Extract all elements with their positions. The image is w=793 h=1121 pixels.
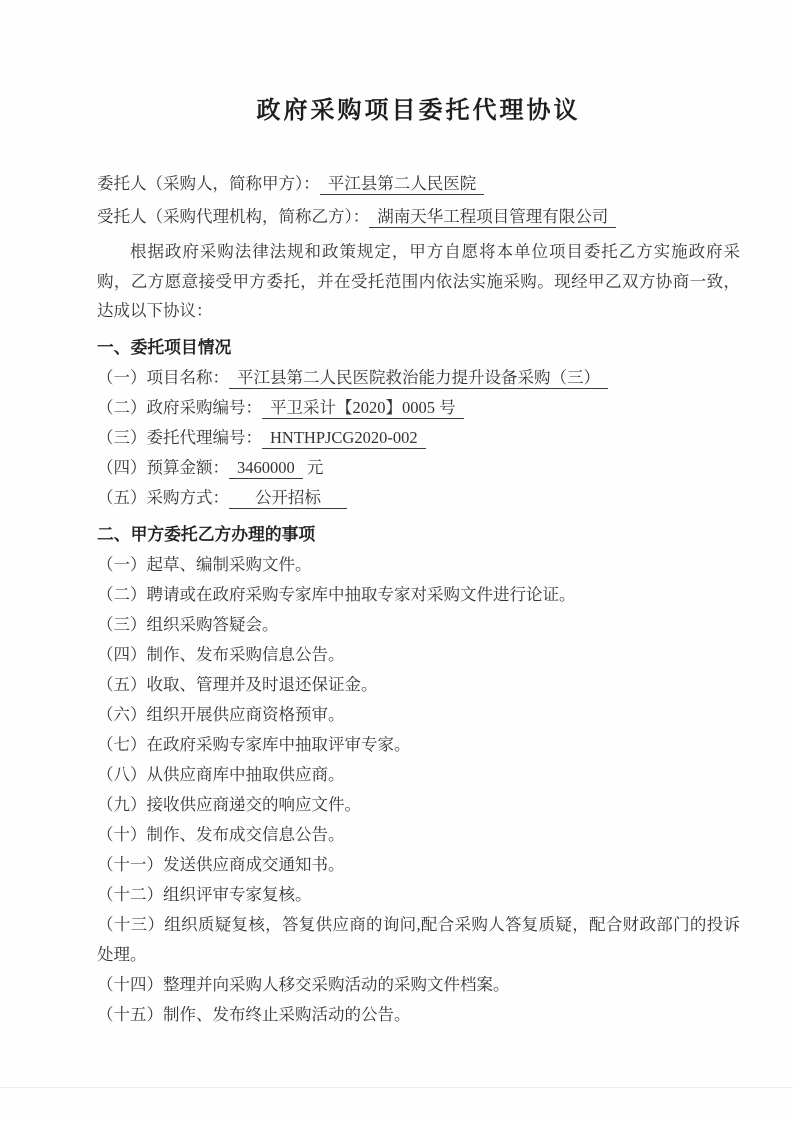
scan-edge-artifact <box>0 1087 793 1088</box>
project-info-item: （五）采购方式：公开招标 <box>97 483 740 513</box>
item-value-underlined: HNTHPJCG2020-002 <box>262 428 426 449</box>
document-title: 政府采购项目委托代理协议 <box>97 95 740 127</box>
item-value-underlined: 平卫采计【2020】0005 号 <box>262 398 464 419</box>
entrusted-matter-item: （三）组织采购答疑会。 <box>97 610 740 640</box>
entrusted-matter-item: （十二）组织评审专家复核。 <box>97 880 740 910</box>
item-label: （一）项目名称： <box>97 368 229 387</box>
entrusted-matter-item: （五）收取、管理并及时退还保证金。 <box>97 670 740 700</box>
entrusted-matter-item: （十五）制作、发布终止采购活动的公告。 <box>97 1000 740 1030</box>
entrusted-matter-item: （一）起草、编制采购文件。 <box>97 550 740 580</box>
entrusted-matter-item: （八）从供应商库中抽取供应商。 <box>97 760 740 790</box>
entrusted-matter-item: （九）接收供应商递交的响应文件。 <box>97 790 740 820</box>
entrusted-matter-item: （四）制作、发布采购信息公告。 <box>97 640 740 670</box>
entrusted-matter-item: （七）在政府采购专家库中抽取评审专家。 <box>97 730 740 760</box>
entrusted-matters-list: （一）起草、编制采购文件。 （二）聘请或在政府采购专家库中抽取专家对采购文件进行… <box>97 550 740 1030</box>
project-info-item: （一）项目名称：平江县第二人民医院救治能力提升设备采购（三） <box>97 363 740 393</box>
project-info-item: （三）委托代理编号：HNTHPJCG2020-002 <box>97 423 740 453</box>
item-value-underlined: 平江县第二人民医院救治能力提升设备采购（三） <box>229 368 608 389</box>
project-info-item: （四）预算金额：3460000 元 <box>97 453 740 483</box>
party-value-underlined: 湖南天华工程项目管理有限公司 <box>369 207 616 228</box>
scanned-document-page: { "document": { "title": "政府采购项目委托代理协议",… <box>0 0 793 1121</box>
party-line-agent: 受托人（采购代理机构，简称乙方）：湖南天华工程项目管理有限公司 <box>97 200 740 233</box>
party-label: 委托人（采购人，简称甲方）： <box>97 174 320 193</box>
entrusted-matter-item: （十）制作、发布成交信息公告。 <box>97 820 740 850</box>
party-label: 受托人（采购代理机构，简称乙方）： <box>97 207 369 226</box>
section2-heading: 二、甲方委托乙方办理的事项 <box>97 520 740 550</box>
entrusted-matter-item: （二）聘请或在政府采购专家库中抽取专家对采购文件进行论证。 <box>97 580 740 610</box>
item-label: （四）预算金额： <box>97 458 229 477</box>
item-suffix: 元 <box>307 458 324 477</box>
document-content: 政府采购项目委托代理协议 委托人（采购人，简称甲方）：平江县第二人民医院 受托人… <box>97 95 740 1030</box>
entrusted-matter-item: （十一）发送供应商成交通知书。 <box>97 850 740 880</box>
project-info-list: （一）项目名称：平江县第二人民医院救治能力提升设备采购（三） （二）政府采购编号… <box>97 363 740 513</box>
party-value-underlined: 平江县第二人民医院 <box>320 174 485 195</box>
entrusted-matter-item: （十三）组织质疑复核，答复供应商的询问,配合采购人答复质疑，配合财政部门的投诉处… <box>97 910 740 970</box>
project-info-item: （二）政府采购编号：平卫采计【2020】0005 号 <box>97 393 740 423</box>
item-label: （二）政府采购编号： <box>97 398 262 417</box>
entrusted-matter-item: （十四）整理并向采购人移交采购活动的采购文件档案。 <box>97 970 740 1000</box>
entrusted-matter-item: （六）组织开展供应商资格预审。 <box>97 700 740 730</box>
party-line-principal: 委托人（采购人，简称甲方）：平江县第二人民医院 <box>97 167 740 200</box>
item-label: （三）委托代理编号： <box>97 428 262 447</box>
item-value-underlined: 公开招标 <box>229 488 347 509</box>
preamble-paragraph: 根据政府采购法律法规和政策规定，甲方自愿将本单位项目委托乙方实施政府采购，乙方愿… <box>97 237 740 326</box>
item-label: （五）采购方式： <box>97 488 229 507</box>
section1-heading: 一、委托项目情况 <box>97 333 740 363</box>
item-value-underlined: 3460000 <box>229 458 303 479</box>
